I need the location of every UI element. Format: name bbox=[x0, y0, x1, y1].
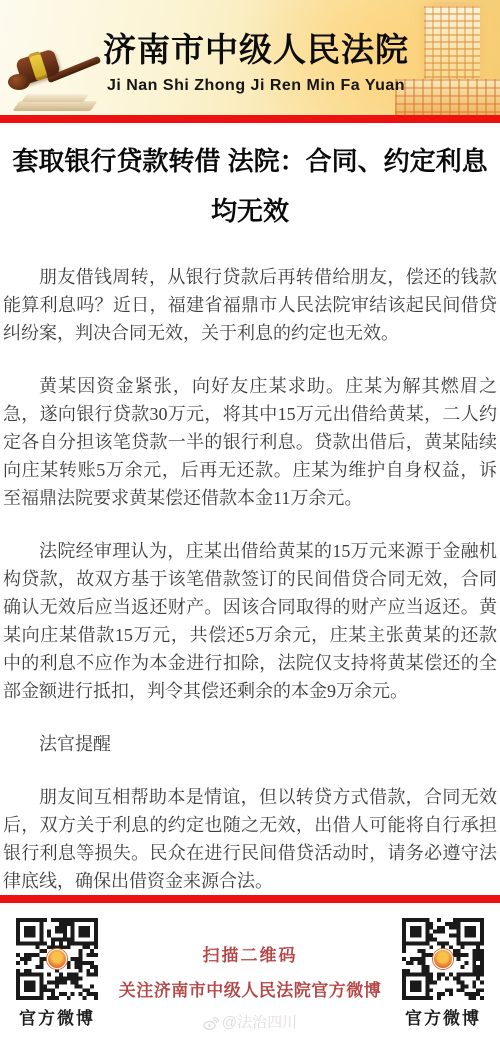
emblem-badge-icon bbox=[47, 949, 67, 969]
paragraph-judge-reminder: 法官提醒 bbox=[3, 730, 497, 758]
qr-code-right bbox=[402, 918, 484, 1000]
court-name: 济南市中级人民法院 bbox=[92, 24, 420, 71]
emblem-badge-icon bbox=[433, 949, 453, 969]
court-pinyin: Ji Nan Shi Zhong Ji Ren Min Fa Yuan bbox=[92, 77, 420, 95]
qr-code-left bbox=[16, 918, 98, 1000]
scan-line-1: 扫描二维码 bbox=[105, 941, 395, 966]
red-divider bbox=[0, 895, 500, 903]
scan-line-2: 关注济南市中级人民法院官方微博 bbox=[105, 976, 395, 1001]
court-header-banner: 济南市中级人民法院 Ji Nan Shi Zhong Ji Ren Min Fa… bbox=[0, 0, 500, 115]
article-title: 套取银行贷款转借 法院：合同、约定利息均无效 bbox=[0, 123, 500, 236]
paragraph: 黄某因资金紧张，向好友庄某求助。庄某为解其燃眉之急，遂向银行贷款30万元，将其中… bbox=[3, 372, 497, 512]
article-body: 朋友借钱周转，从银行贷款后再转借给朋友，偿还的钱款能算利息吗？近日，福建省福鼎市… bbox=[0, 236, 500, 895]
paragraph: 法院经审理认为，庄某出借给黄某的15万元来源于金融机构贷款，故双方基于该笔借款签… bbox=[3, 537, 497, 705]
court-titles: 济南市中级人民法院 Ji Nan Shi Zhong Ji Ren Min Fa… bbox=[92, 24, 420, 95]
watermark: @法治四川 bbox=[0, 1011, 500, 1034]
paragraph: 朋友借钱周转，从银行贷款后再转借给朋友，偿还的钱款能算利息吗？近日，福建省福鼎市… bbox=[3, 263, 497, 347]
footer-band: 官方微博 扫描二维码 关注济南市中级人民法院官方微博 官方微博 bbox=[0, 895, 500, 1037]
footer: 官方微博 扫描二维码 关注济南市中级人民法院官方微博 官方微博 bbox=[0, 903, 500, 1037]
paragraph: 朋友间互相帮助本是情谊，但以转贷方式借款，合同无效后，双方关于利息的约定也随之无… bbox=[3, 783, 497, 895]
poster-page: 济南市中级人民法院 Ji Nan Shi Zhong Ji Ren Min Fa… bbox=[0, 0, 500, 1037]
red-stripe bbox=[0, 115, 500, 123]
gavel-icon bbox=[6, 40, 106, 115]
scan-prompt: 扫描二维码 关注济南市中级人民法院官方微博 bbox=[105, 941, 395, 1001]
watermark-text: @法治四川 bbox=[222, 1014, 297, 1031]
weibo-icon bbox=[203, 1017, 219, 1034]
